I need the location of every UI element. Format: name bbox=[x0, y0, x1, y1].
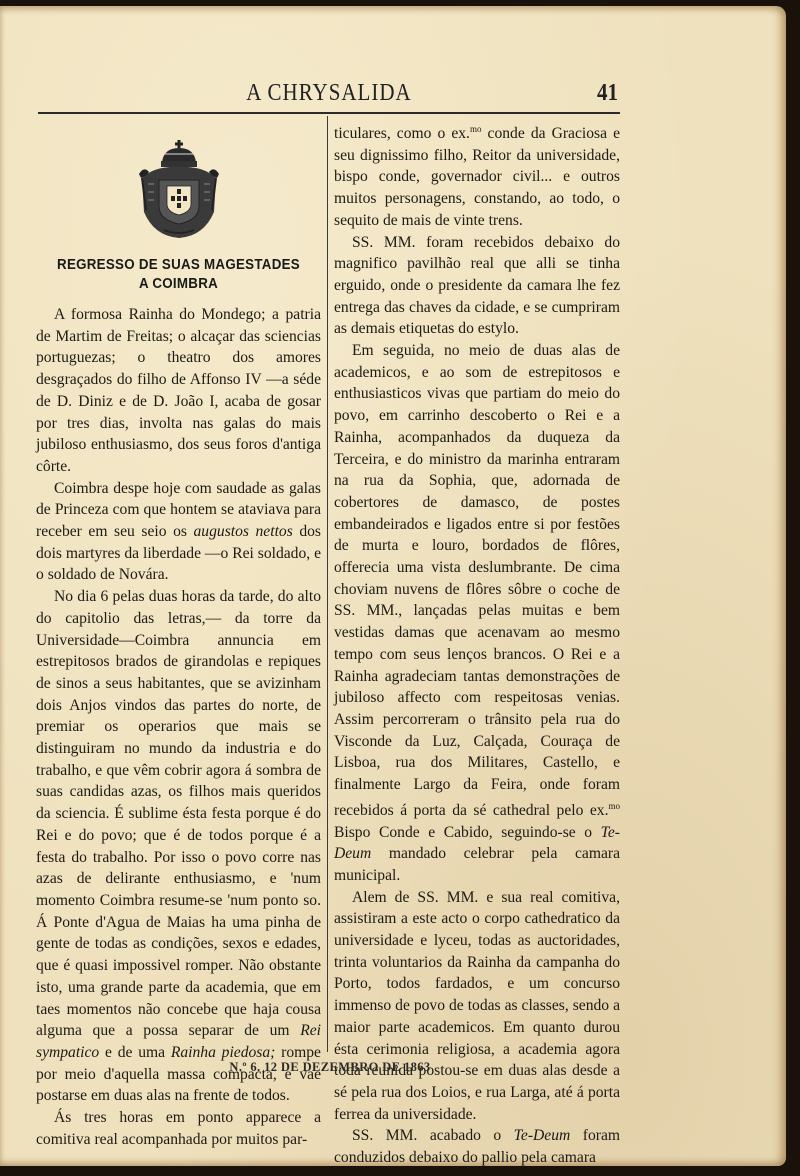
column-divider bbox=[327, 116, 328, 1052]
coat-of-arms-icon bbox=[134, 140, 224, 240]
page-header: A CHRYSALIDA 41 bbox=[38, 80, 620, 110]
paragraph: SS. MM. acabado o Te-Deum foram conduzid… bbox=[334, 1125, 620, 1168]
issue-footer: N.º 6. 12 DE DEZEMBRO DE 1863 bbox=[0, 1060, 800, 1075]
journal-title: A CHRYSALIDA bbox=[38, 78, 620, 107]
paragraph: Ás tres horas em ponto apparece a comiti… bbox=[36, 1107, 321, 1150]
left-column: REGRESSO DE SUAS MAGESTADES A COIMBRA A … bbox=[36, 118, 321, 1150]
paragraph: Coimbra despe hoje com saudade as galas … bbox=[36, 478, 321, 587]
article-heading-line2: A COIMBRA bbox=[47, 275, 309, 294]
paragraph: ticulares, como o ex.mo conde da Gracios… bbox=[334, 119, 620, 232]
right-column: ticulares, como o ex.mo conde da Gracios… bbox=[334, 119, 620, 1169]
journal-page: A CHRYSALIDA 41 bbox=[0, 6, 786, 1166]
issue-date: N.º 6. 12 DE DEZEMBRO DE 1863 bbox=[229, 1060, 430, 1074]
header-rule bbox=[38, 112, 620, 114]
paragraph: Alem de SS. MM. e sua real comitiva, ass… bbox=[334, 887, 620, 1126]
paragraph: SS. MM. foram recebidos debaixo do magni… bbox=[334, 232, 620, 341]
page-number: 41 bbox=[597, 78, 618, 107]
article-heading: REGRESSO DE SUAS MAGESTADES A COIMBRA bbox=[47, 256, 309, 294]
paragraph: A formosa Rainha do Mondego; a patria de… bbox=[36, 304, 321, 478]
article-heading-line1: REGRESSO DE SUAS MAGESTADES bbox=[47, 256, 309, 275]
paragraph: Em seguida, no meio de duas alas de acad… bbox=[334, 340, 620, 887]
paragraph: No dia 6 pelas duas horas da tarde, do a… bbox=[36, 586, 321, 1107]
